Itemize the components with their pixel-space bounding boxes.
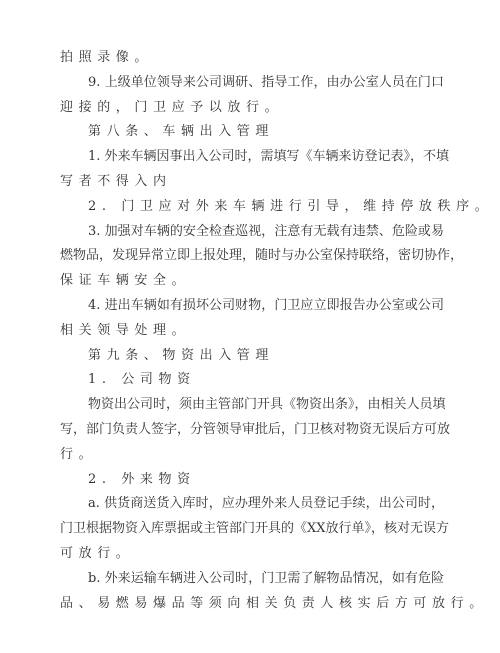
text-line: 燃物品，发现异常立即上报处理，随时与办公室保持联络，密切协作， [60, 244, 444, 269]
text-line: 2. 门卫应对外来车辆进行引导，维持停放秩序。 [60, 195, 444, 220]
subsection-heading: 2. 外来物资 [60, 468, 444, 493]
text-line: a. 供货商送货入库时，应办理外来人员登记手续，出公司时， [60, 492, 444, 517]
text-line: 1. 外来车辆因事出入公司时，需填写《车辆来访登记表》，不填 [60, 145, 444, 170]
section-heading: 第八条、车辆出入管理 [60, 120, 444, 145]
text-line: 拍照录像。 [60, 46, 444, 71]
text-line: 可放行。 [60, 542, 444, 567]
text-line: 迎接的，门卫应予以放行。 [60, 96, 444, 121]
text-line: 3. 加强对车辆的安全检查巡视，注意有无载有违禁、危险或易 [60, 220, 444, 245]
text-line: 9. 上级单位领导来公司调研、指导工作，由办公室人员在门口 [60, 71, 444, 96]
text-line: 保证车辆安全。 [60, 269, 444, 294]
text-line: 门卫根据物资入库票据或主管部门开具的《XX放行单》，核对无误方 [60, 517, 444, 542]
text-line: 行。 [60, 443, 444, 468]
text-line: 写者不得入内 [60, 170, 444, 195]
document-page: 拍照录像。 9. 上级单位领导来公司调研、指导工作，由办公室人员在门口 迎接的，… [60, 46, 444, 616]
text-line: b. 外来运输车辆进入公司时，门卫需了解物品情况，如有危险 [60, 567, 444, 592]
section-heading: 第九条、物资出入管理 [60, 344, 444, 369]
subsection-heading: 1. 公司物资 [60, 368, 444, 393]
text-line: 物资出公司时，须由主管部门开具《物资出条》，由相关人员填 [60, 393, 444, 418]
text-line: 写，部门负责人签字，分管领导审批后，门卫核对物资无误后方可放 [60, 418, 444, 443]
text-line: 品、易燃易爆品等须向相关负责人核实后方可放行。 [60, 592, 444, 617]
text-line: 4. 进出车辆如有损坏公司财物，门卫应立即报告办公室或公司 [60, 294, 444, 319]
text-line: 相关领导处理。 [60, 319, 444, 344]
